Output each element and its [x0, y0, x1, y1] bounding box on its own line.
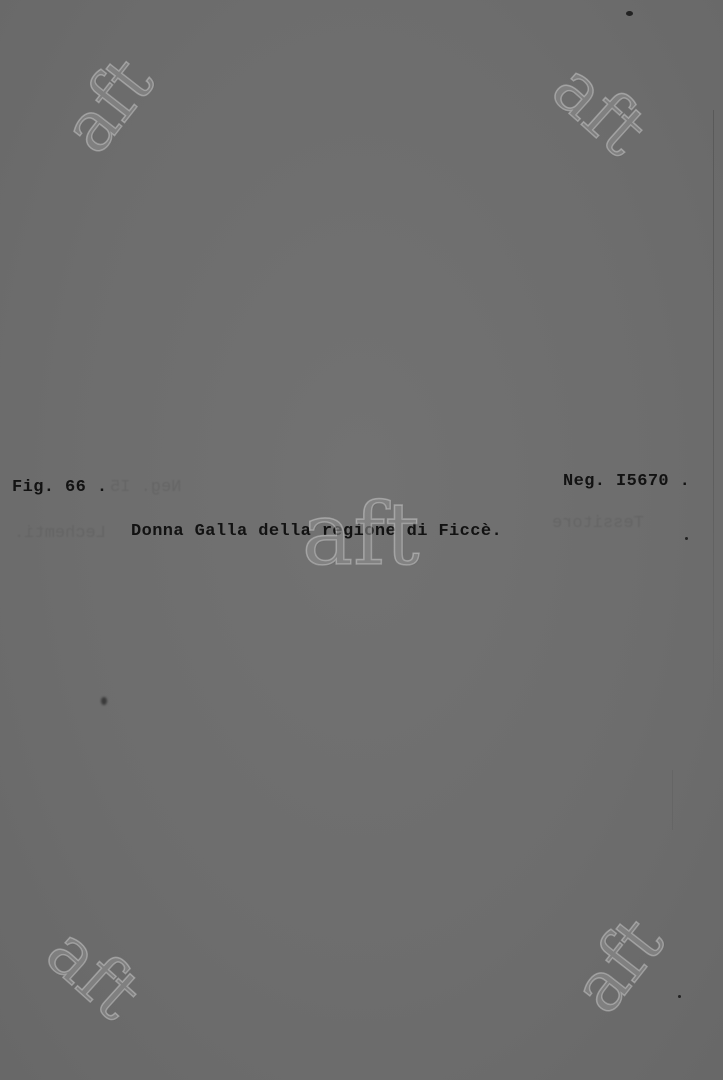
watermark-top-left: aft	[51, 46, 165, 165]
watermark-bottom-right: aft	[561, 906, 675, 1025]
dust-speck	[101, 697, 107, 705]
watermark-bottom-left: aft	[35, 915, 153, 1031]
figure-number: Fig. 66 .	[12, 478, 107, 497]
watermark-top-right: aft	[541, 51, 659, 167]
dust-speck	[678, 995, 681, 998]
negative-number: Neg. I5670 .	[563, 472, 690, 491]
page-edge-shadow	[713, 110, 714, 710]
bleed-through-text: Lechemti.	[14, 524, 106, 543]
scanned-page: Lechemti. Tessitore Neg. I5 aft aft aft …	[0, 0, 723, 1080]
film-scratch	[672, 770, 673, 830]
bleed-through-text: Tessitore	[552, 514, 644, 533]
watermark-center: aft	[302, 492, 420, 578]
dust-speck	[685, 537, 688, 540]
bleed-through-text: Neg. I5	[110, 478, 181, 497]
dust-speck	[626, 11, 633, 16]
